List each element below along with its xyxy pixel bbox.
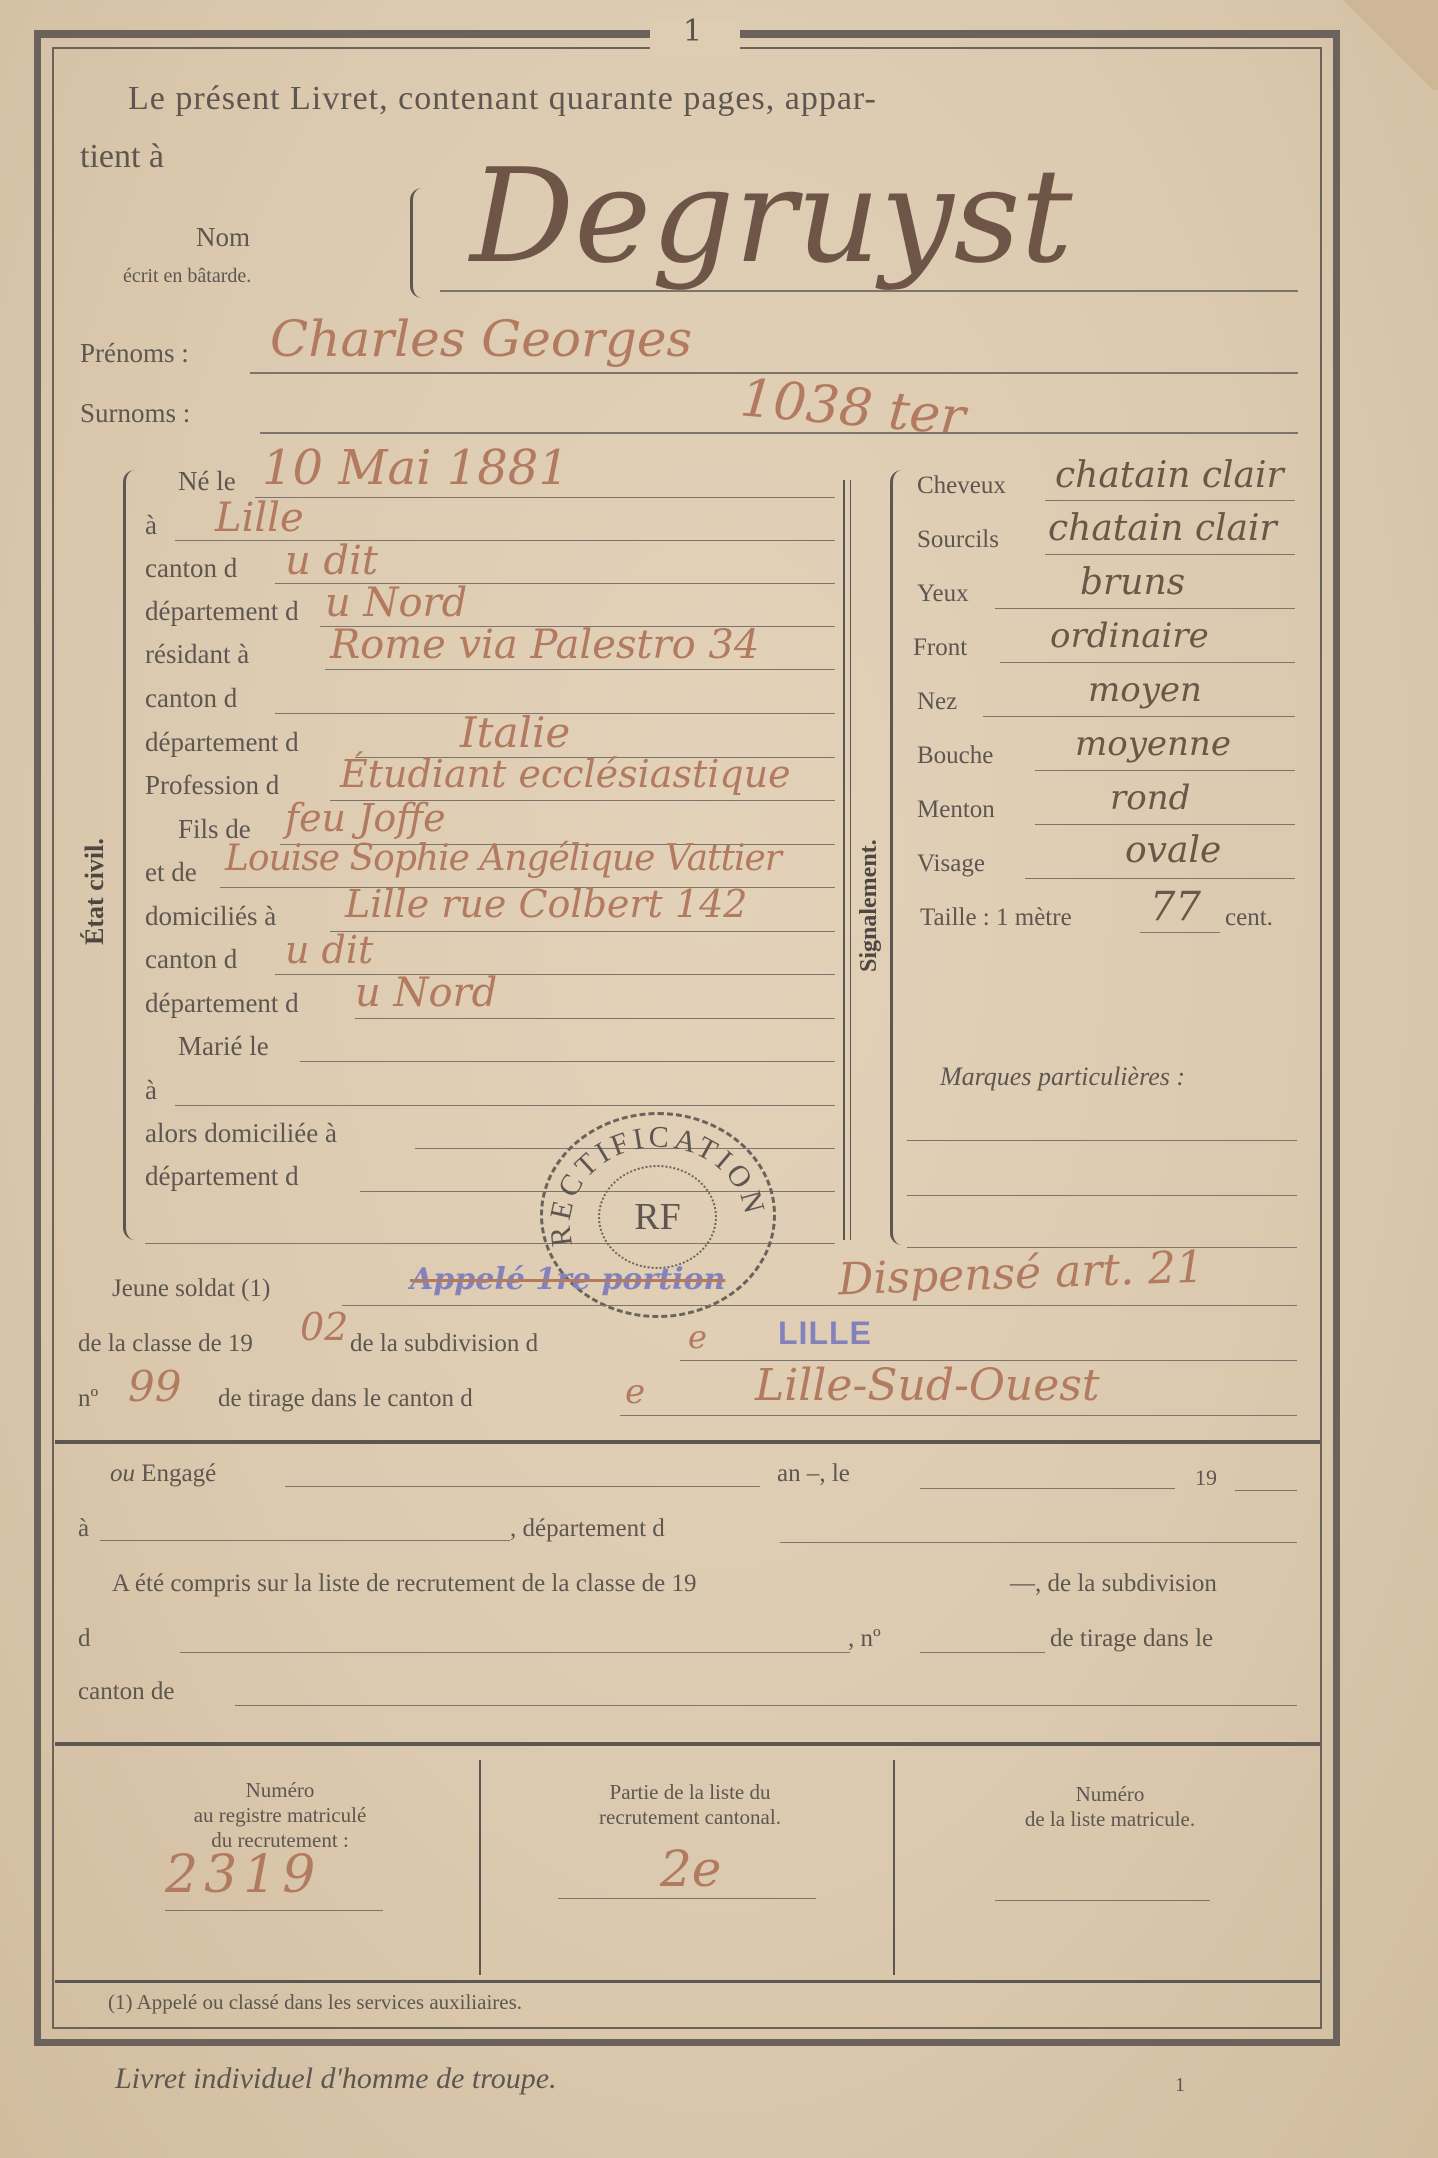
- field-line: [300, 1061, 835, 1062]
- tirage-value: 99: [128, 1362, 181, 1411]
- footnote: (1) Appelé ou classé dans les services a…: [108, 1990, 522, 2015]
- field-value-departement: u Nord: [325, 580, 467, 626]
- surnoms-line: [260, 432, 1298, 434]
- engage-line-1: ou Engagé: [110, 1460, 216, 1488]
- engage-an-dash: –: [807, 1460, 820, 1487]
- compris-label: A été compris sur la liste de recrutemen…: [112, 1570, 697, 1598]
- section-divider: [55, 1742, 1320, 1746]
- field-label: Cheveux: [917, 472, 1006, 500]
- col-label: de la liste matricule.: [920, 1807, 1300, 1832]
- field-label: alors domiciliée à: [145, 1118, 337, 1149]
- nom-value: Degruyst: [470, 140, 1073, 292]
- engage-a-line: [100, 1540, 510, 1541]
- field-label: Nez: [917, 688, 957, 716]
- section-divider: [55, 1440, 1320, 1444]
- field-label: domiciliés à: [145, 901, 276, 932]
- field-label: à: [145, 1075, 157, 1106]
- field-value-canton-parents: u dit: [285, 928, 373, 972]
- field-value-residant: Rome via Palestro 34: [330, 622, 759, 668]
- field-line: [175, 540, 835, 541]
- numbers-col-matricule: Numéro de la liste matricule.: [920, 1782, 1300, 1832]
- field-value-departement-residence: Italie: [460, 708, 570, 757]
- taille-value: 77: [1150, 884, 1201, 930]
- field-value-domicile-parents: Lille rue Colbert 142: [345, 882, 747, 926]
- field-line: [1045, 554, 1295, 555]
- col-label: recrutement cantonal.: [510, 1805, 870, 1830]
- classe-value: 02: [300, 1305, 348, 1349]
- signalement-brace: [890, 470, 907, 1245]
- canton-value: Lille-Sud-Ouest: [755, 1360, 1100, 1411]
- field-label: Front: [913, 634, 967, 662]
- numbers-divider: [479, 1760, 481, 1975]
- nom-brace: [410, 188, 427, 298]
- field-value-menton: rond: [1110, 778, 1190, 818]
- field-value-yeux: bruns: [1080, 562, 1185, 603]
- intro-line-2: tient à: [80, 138, 164, 176]
- jeune-soldat-label: Jeune soldat (1): [112, 1275, 270, 1303]
- subdivision-prefix: e: [688, 1318, 707, 1356]
- nom-label: Nom: [196, 222, 250, 253]
- signalement-label: Signalement.: [856, 839, 883, 972]
- engage-no-label: , nº: [848, 1625, 881, 1653]
- engage-dept-line: [780, 1542, 1297, 1543]
- numbers-col-partie: Partie de la liste du recrutement canton…: [510, 1780, 870, 1830]
- engage-date-line: [920, 1488, 1175, 1489]
- field-line: [330, 931, 835, 932]
- nom-line: [440, 290, 1298, 292]
- field-line: [1035, 824, 1295, 825]
- col-label: Partie de la liste du: [510, 1780, 870, 1805]
- field-label: canton d: [145, 944, 237, 975]
- marques-label: Marques particulières :: [940, 1062, 1185, 1092]
- field-line: [355, 1018, 835, 1019]
- field-value-ne-le: 10 Mai 1881: [262, 440, 569, 496]
- field-value-departement-parents: u Nord: [355, 970, 497, 1016]
- marques-line: [907, 1195, 1297, 1196]
- field-label: Né le: [178, 466, 236, 496]
- page-number-top: 1: [683, 14, 702, 49]
- field-label: Yeux: [917, 580, 969, 608]
- engage-label: Engagé: [141, 1460, 216, 1487]
- marques-line: [907, 1140, 1297, 1141]
- nom-sublabel: écrit en bâtarde.: [123, 265, 251, 288]
- field-line: [1025, 878, 1295, 879]
- field-value-pere: feu Joffe: [285, 796, 446, 840]
- field-label: département d: [145, 596, 299, 627]
- field-label: département d: [145, 727, 299, 758]
- field-line: [175, 1105, 835, 1106]
- matricule-line: [995, 1900, 1210, 1901]
- tirage-prefix: nº: [78, 1385, 98, 1413]
- field-line: [983, 716, 1295, 717]
- canton-prefix: e: [625, 1372, 645, 1412]
- field-value-front: ordinaire: [1050, 616, 1209, 656]
- engage-canton-line: [235, 1705, 1297, 1706]
- field-label: département d: [145, 1161, 299, 1192]
- field-label: Bouche: [917, 742, 993, 770]
- field-label: Profession d: [145, 770, 279, 801]
- engage-an: an –, le: [777, 1460, 850, 1488]
- field-value-visage: ovale: [1125, 830, 1221, 871]
- taille-line: [1140, 932, 1220, 933]
- taille-label: Taille : 1 mètre: [920, 904, 1072, 932]
- field-value-lieu-naissance: Lille: [215, 495, 304, 541]
- taille-unit: cent.: [1225, 904, 1273, 932]
- footer-title: Livret individuel d'homme de troupe.: [115, 2062, 557, 2096]
- col-label: Numéro: [100, 1778, 460, 1803]
- canton-line: [620, 1415, 1297, 1416]
- field-value-mere: Louise Sophie Angélique Vattier: [225, 838, 781, 879]
- field-label: département d: [145, 988, 299, 1019]
- field-line: [1000, 662, 1295, 663]
- page-number-bottom: 1: [1175, 2074, 1185, 2097]
- tirage-label: de tirage dans le canton d: [218, 1385, 473, 1413]
- engage-d-line: [180, 1652, 850, 1653]
- compris-end: —, de la subdivision: [1010, 1570, 1217, 1598]
- field-value-canton: u dit: [285, 538, 378, 584]
- field-label: Sourcils: [917, 526, 999, 554]
- classe-label: de la classe de 19: [78, 1330, 253, 1358]
- stamp-center: RF: [598, 1165, 717, 1269]
- field-label: Marié le: [178, 1031, 269, 1062]
- engage-year: 19: [1195, 1465, 1217, 1491]
- engage-prefix: ou: [110, 1460, 135, 1487]
- engage-line: [285, 1486, 760, 1487]
- field-ne-le: Né le: [178, 466, 236, 497]
- field-line: [995, 608, 1295, 609]
- engage-canton-label: canton de: [78, 1678, 174, 1706]
- column-divider-left: [843, 480, 845, 1240]
- engage-le-label: , le: [819, 1460, 850, 1487]
- field-line: [1035, 770, 1295, 771]
- partie-value: 2e: [660, 1840, 721, 1898]
- engage-dept-label: , département d: [510, 1515, 665, 1543]
- field-line: [325, 669, 835, 670]
- field-value-profession: Étudiant ecclésiastique: [340, 752, 791, 796]
- numbers-divider: [893, 1760, 895, 1975]
- col-label: Numéro: [920, 1782, 1300, 1807]
- col-label: au registre matriculé: [100, 1803, 460, 1828]
- field-line: [255, 497, 835, 498]
- surnoms-label: Surnoms :: [80, 398, 190, 429]
- column-divider-left-thin: [850, 480, 851, 1240]
- field-value-cheveux: chatain clair: [1055, 455, 1284, 496]
- field-label: et de: [145, 857, 197, 888]
- field-label: à: [145, 510, 157, 541]
- registre-line: [165, 1910, 383, 1911]
- subdivision-value: LILLE: [778, 1315, 872, 1352]
- intro-line-1: Le présent Livret, contenant quarante pa…: [128, 80, 877, 118]
- partie-line: [558, 1898, 816, 1899]
- section-divider: [55, 1980, 1320, 1983]
- numbers-col-registre: Numéro au registre matriculé du recrutem…: [100, 1778, 460, 1853]
- registre-value: 2319: [165, 1845, 321, 1905]
- prenoms-value: Charles Georges: [270, 310, 692, 368]
- field-label: Menton: [917, 796, 995, 824]
- etat-civil-label: État civil.: [80, 838, 110, 945]
- field-label: canton d: [145, 683, 237, 714]
- field-label: Visage: [917, 850, 985, 878]
- field-label: canton d: [145, 553, 237, 584]
- engage-year-line: [1235, 1490, 1297, 1491]
- field-label: résidant à: [145, 639, 249, 670]
- prenoms-label: Prénoms :: [80, 338, 189, 369]
- subdivision-label: de la subdivision d: [350, 1330, 538, 1358]
- etat-civil-brace: [123, 470, 140, 1240]
- engage-tirage-label: de tirage dans le: [1050, 1625, 1213, 1653]
- engage-d-label: d: [78, 1625, 91, 1653]
- field-value-bouche: moyenne: [1075, 724, 1231, 764]
- jeune-soldat-line: [342, 1305, 1297, 1306]
- engage-a-label: à: [78, 1515, 89, 1543]
- engage-an-label: an: [777, 1460, 801, 1487]
- field-value-nez: moyen: [1088, 670, 1202, 710]
- appele-stamp: Appelé 1re portion: [410, 1262, 725, 1297]
- field-line: [1045, 500, 1295, 501]
- field-value-sourcils: chatain clair: [1048, 508, 1277, 549]
- engage-no-line: [920, 1652, 1045, 1653]
